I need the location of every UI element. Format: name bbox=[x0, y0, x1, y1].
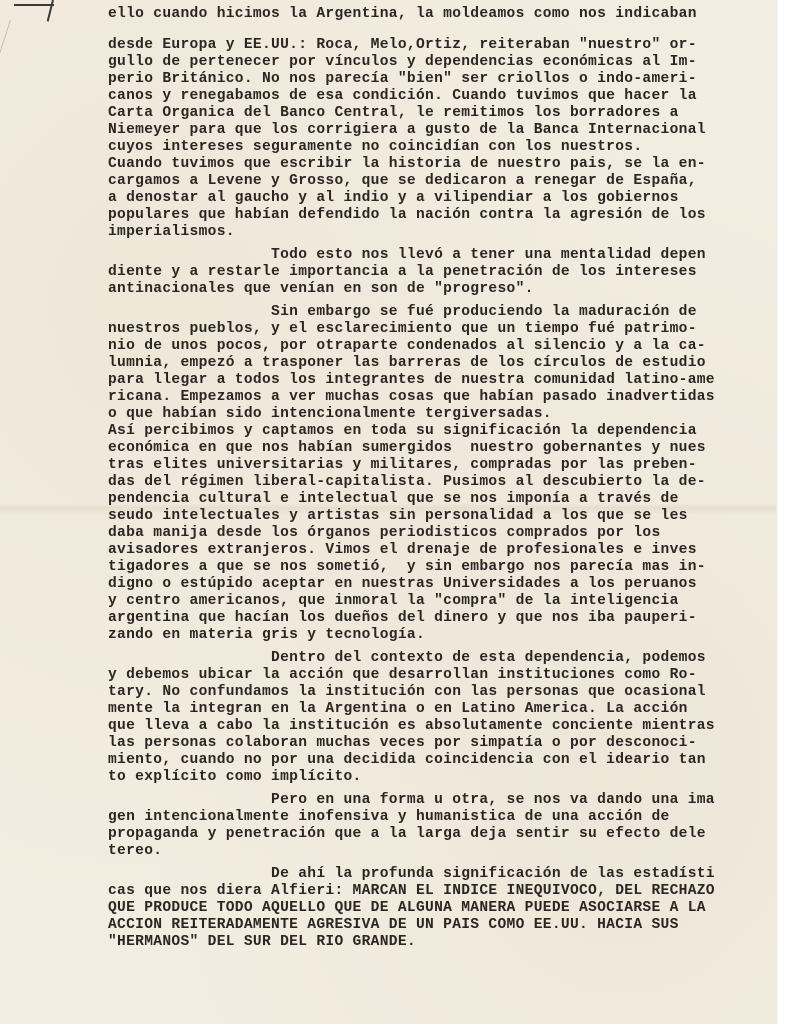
text-line: tigadores a que se nos sometió, y sin em… bbox=[108, 559, 748, 576]
text-line: Carta Organica del Banco Central, le rem… bbox=[108, 105, 748, 122]
paragraph-4: Dentro del contexto de esta dependencia,… bbox=[108, 650, 748, 786]
text-line: propaganda y penetración que a la larga … bbox=[108, 826, 748, 843]
text-line: antinacionales que venían en son de "pro… bbox=[108, 281, 748, 298]
typewritten-text: ello cuando hicimos la Argentina, la mol… bbox=[108, 6, 748, 951]
paper-sheet: ello cuando hicimos la Argentina, la mol… bbox=[0, 0, 776, 1024]
text-line: ACCION REITERADAMENTE AGRESIVA DE UN PAI… bbox=[108, 917, 748, 934]
text-line: digno o estúpido aceptar en nuestras Uni… bbox=[108, 576, 748, 593]
text-line: miento, cuando no por una decidida coinc… bbox=[108, 752, 748, 769]
paragraph-1: desde Europa y EE.UU.: Roca, Melo,Ortiz,… bbox=[108, 37, 748, 241]
text-line: o que habían sido intencionalmente tergi… bbox=[108, 406, 748, 423]
text-line: gullo de pertenecer por vínculos y depen… bbox=[108, 54, 748, 71]
text-line: cuyos intereses seguramente no coincidía… bbox=[108, 139, 748, 156]
text-line: Niemeyer para que los corrigiera a gusto… bbox=[108, 122, 748, 139]
text-line: tras elites universitarias y militares, … bbox=[108, 457, 748, 474]
text-line: cas que nos diera Alfieri: MARCAN EL IND… bbox=[108, 883, 748, 900]
paragraph-spacer bbox=[108, 23, 748, 37]
text-line: Pero en una forma u otra, se nos va dand… bbox=[108, 792, 748, 809]
paragraph-6: De ahí la profunda significación de las … bbox=[108, 866, 748, 951]
text-line: Así percibimos y captamos en toda su sig… bbox=[108, 423, 748, 440]
paragraph-2: Todo esto nos llevó a tener una mentalid… bbox=[108, 247, 748, 298]
paragraph-0: ello cuando hicimos la Argentina, la mol… bbox=[108, 6, 748, 23]
text-line: que lleva a cabo la institución es absol… bbox=[108, 718, 748, 735]
text-line: a denostar al gaucho y al indio y a vili… bbox=[108, 190, 748, 207]
text-line: De ahí la profunda significación de las … bbox=[108, 866, 748, 883]
text-line: perio Británico. No nos parecía "bien" s… bbox=[108, 71, 748, 88]
text-line: imperialismos. bbox=[108, 224, 748, 241]
text-line: lumnia, empezó a trasponer las barreras … bbox=[108, 355, 748, 372]
text-line: avisadores extranjeros. Vimos el drenaje… bbox=[108, 542, 748, 559]
text-line: para llegar a todos los integrantes de n… bbox=[108, 372, 748, 389]
text-line: daba manija desde los órganos periodisti… bbox=[108, 525, 748, 542]
text-line: seudo intelectuales y artistas sin perso… bbox=[108, 508, 748, 525]
text-line: nuestros pueblos, y el esclarecimiento q… bbox=[108, 321, 748, 338]
text-line: Sin embargo se fué produciendo la madura… bbox=[108, 304, 748, 321]
text-line: Todo esto nos llevó a tener una mentalid… bbox=[108, 247, 748, 264]
text-line: Dentro del contexto de esta dependencia,… bbox=[108, 650, 748, 667]
text-line: populares que habían defendido la nación… bbox=[108, 207, 748, 224]
text-line: ello cuando hicimos la Argentina, la mol… bbox=[108, 6, 748, 23]
text-line: diente y a restarle importancia a la pen… bbox=[108, 264, 748, 281]
text-line: zando en materia gris y tecnología. bbox=[108, 627, 748, 644]
text-line: tereo. bbox=[108, 843, 748, 860]
text-line: to explícito como implícito. bbox=[108, 769, 748, 786]
text-line: y centro americanos, que inmoral la "com… bbox=[108, 593, 748, 610]
text-line: tary. No confundamos la institución con … bbox=[108, 684, 748, 701]
text-line: cargamos a Levene y Grosso, que se dedic… bbox=[108, 173, 748, 190]
paper-fold-line bbox=[0, 20, 11, 172]
text-line: das del régimen liberal-capitalista. Pus… bbox=[108, 474, 748, 491]
text-line: económica en que nos habían sumergidos n… bbox=[108, 440, 748, 457]
paragraph-3: Sin embargo se fué produciendo la madura… bbox=[108, 304, 748, 644]
text-line: y debemos ubicar la acción que desarroll… bbox=[108, 667, 748, 684]
text-line: mente la integran en la Argentina o en L… bbox=[108, 701, 748, 718]
text-line: pendencia cultural e intelectual que se … bbox=[108, 491, 748, 508]
text-line: las personas colaboran muchas veces por … bbox=[108, 735, 748, 752]
paragraph-5: Pero en una forma u otra, se nos va dand… bbox=[108, 792, 748, 860]
text-line: ricana. Empezamos a ver muchas cosas que… bbox=[108, 389, 748, 406]
pen-mark bbox=[14, 4, 54, 6]
text-line: argentina que hacían los dueños del dine… bbox=[108, 610, 748, 627]
text-line: QUE PRODUCE TODO AQUELLO QUE DE ALGUNA M… bbox=[108, 900, 748, 917]
text-line: "HERMANOS" DEL SUR DEL RIO GRANDE. bbox=[108, 934, 748, 951]
text-line: gen intencionalmente inofensiva y humani… bbox=[108, 809, 748, 826]
text-line: desde Europa y EE.UU.: Roca, Melo,Ortiz,… bbox=[108, 37, 748, 54]
text-line: nio de unos pocos, por otraparte condena… bbox=[108, 338, 748, 355]
text-line: Cuando tuvimos que escribir la historia … bbox=[108, 156, 748, 173]
text-line: canos y renegabamos de esa condición. Cu… bbox=[108, 88, 748, 105]
